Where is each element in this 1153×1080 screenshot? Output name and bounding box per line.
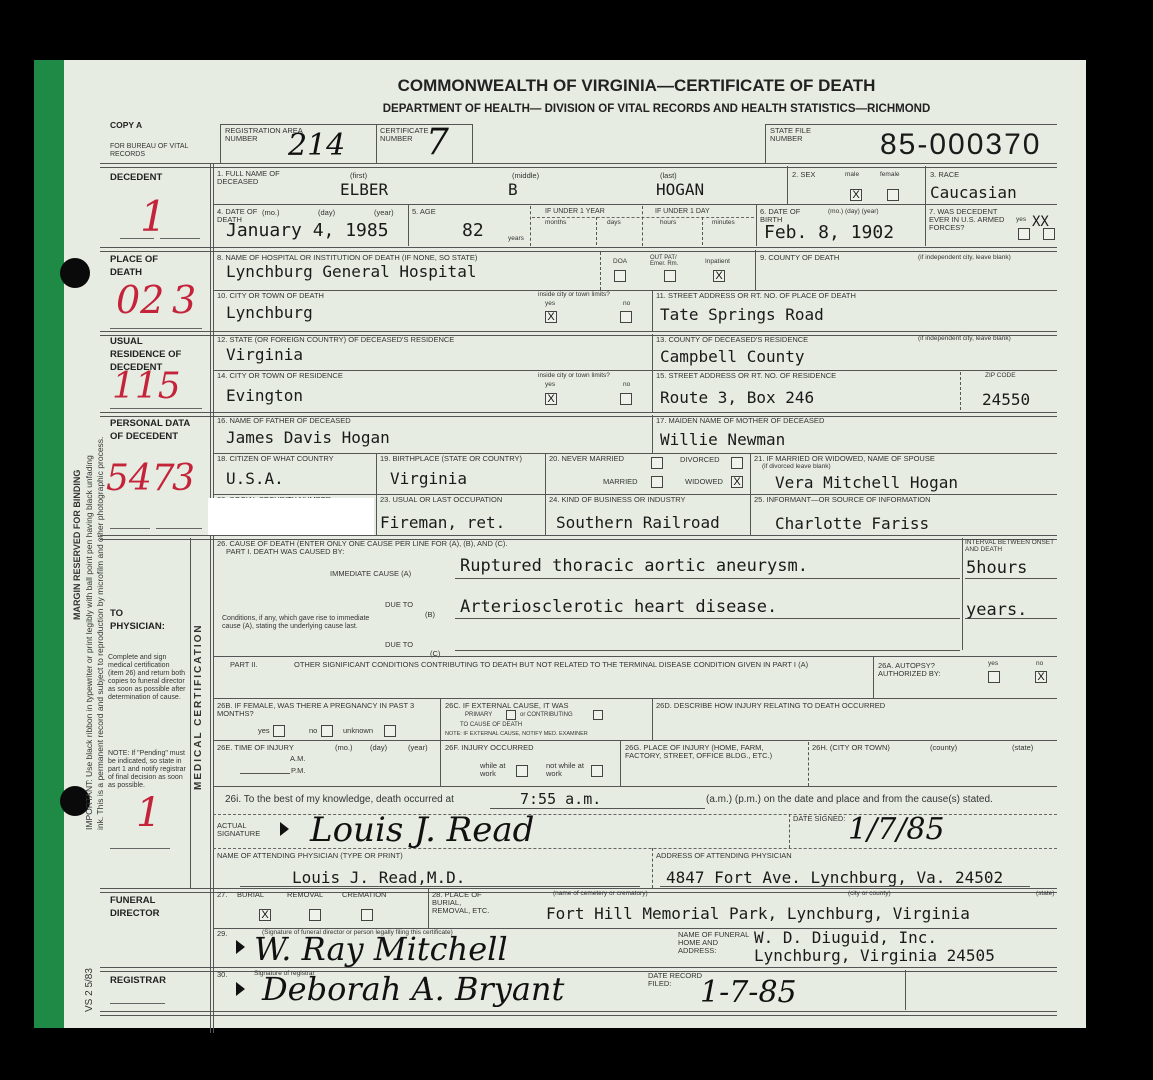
signature-label: ACTUAL SIGNATURE [217, 822, 277, 838]
pregnancy-no-checkbox[interactable] [321, 725, 333, 737]
code-place-a: 02 [116, 278, 164, 322]
under-day-label: IF UNDER 1 DAY [655, 208, 710, 215]
f16-label: 16. NAME OF FATHER OF DECEASED [217, 417, 351, 425]
due-to-b: Arteriosclerotic heart disease. [460, 597, 777, 617]
f26e-label: 26e. TIME OF INJURY [217, 744, 294, 752]
funeral-sign-arrow-icon [236, 940, 245, 954]
autopsy-yes-label: yes [988, 661, 998, 668]
no-label-14: no [623, 382, 630, 389]
date-of-birth: Feb. 8, 1902 [764, 222, 894, 243]
f28-state: (state) [1036, 891, 1054, 898]
f26b-label: 26b. IF FEMALE, WAS THERE A PREGNANCY IN… [217, 702, 427, 718]
f26h-county: (county) [930, 744, 957, 752]
street-residence: Route 3, Box 246 [660, 388, 814, 407]
f28-city: (city or county) [848, 891, 891, 898]
f11-label: 11. STREET ADDRESS OR RT. NO. OF PLACE O… [656, 292, 856, 300]
burial-label: BURIAL [237, 891, 264, 899]
days-label: days [607, 220, 621, 227]
doa-label: DOA [613, 259, 627, 266]
am-label: A.M. [290, 755, 305, 763]
preg-no-label: no [309, 727, 317, 735]
f28-label: 28. PLACE OF BURIAL, REMOVAL, ETC. [432, 891, 490, 915]
not-while-work-label: not while at work [546, 762, 588, 778]
f26d-label: 26d. DESCRIBE HOW INJURY RELATING TO DEA… [656, 702, 885, 710]
county-residence: Campbell County [660, 347, 805, 366]
minutes-label: minutes [712, 220, 735, 227]
code-physician: 1 [136, 790, 161, 836]
physician-address: 4847 Fort Ave. Lynchburg, Va. 24502 [666, 868, 1003, 887]
married-checkbox[interactable] [651, 476, 663, 488]
funeral-home-name: W. D. Diuguid, Inc. [754, 928, 937, 947]
f26g-label: 26g. PLACE OF INJURY (home, farm, factor… [625, 744, 785, 760]
binder-hole-top [60, 258, 90, 288]
not-while-at-work-checkbox[interactable] [591, 765, 603, 777]
b-label: (B) [425, 611, 435, 619]
copy-label: COPY A [110, 120, 142, 131]
primary-label: PRIMARY [465, 712, 492, 718]
section-decedent: DECEDENT [110, 172, 162, 185]
date-filed: 1-7-85 [700, 975, 797, 1010]
certificate-value: 7 [426, 122, 449, 163]
pregnancy-unknown-checkbox[interactable] [384, 725, 396, 737]
inside-limits-label-14: inside city or town limits? [538, 373, 610, 380]
f8-label: 8. NAME OF HOSPITAL OR INSTITUTION OF DE… [217, 254, 477, 262]
date-of-death: January 4, 1985 [226, 220, 389, 241]
f5-label: 5. AGE [412, 208, 436, 216]
female-label: female [880, 172, 900, 179]
part2-label: PART II. [230, 661, 258, 669]
f21-note: (if divorced leave blank) [762, 464, 831, 471]
male-label: male [845, 172, 859, 179]
f1-label: 1. FULL NAME OF DECEASED [217, 170, 307, 186]
document-subtitle: DEPARTMENT OF HEALTH— DIVISION OF VITAL … [80, 103, 1153, 115]
external-note: NOTE: IF EXTERNAL CAUSE, NOTIFY MED. EXA… [445, 731, 588, 737]
burial-checkbox[interactable]: X [259, 909, 271, 921]
preg-yes-label: yes [258, 727, 270, 735]
interval-a: 5hours [966, 558, 1027, 578]
section-personal-data: PERSONAL DATA OF DECEDENT [110, 418, 190, 444]
funeral-home-label: NAME OF FUNERAL HOME AND ADDRESS: [678, 931, 750, 955]
inpatient-checkbox[interactable]: X [713, 270, 725, 282]
f3-label: 3. RACE [930, 171, 959, 179]
section-funeral-director: FUNERAL DIRECTOR [110, 895, 180, 921]
last-sub: (last) [660, 172, 677, 180]
zip-code: 24550 [982, 390, 1030, 409]
city-inside-no-checkbox[interactable] [620, 311, 632, 323]
middle-sub: (middle) [512, 172, 539, 180]
no-label-10: no [623, 301, 630, 308]
margin-binding-text: MARGIN RESERVED FOR BINDING [72, 470, 82, 620]
f18-label: 18. CITIZEN OF WHAT COUNTRY [217, 455, 334, 463]
f19-label: 19. BIRTHPLACE (state or country) [380, 455, 522, 463]
part2-text: OTHER SIGNIFICANT CONDITIONS CONTRIBUTIN… [294, 661, 814, 669]
date-signed-label: DATE SIGNED: [793, 815, 845, 823]
occupation: Fireman, ret. [380, 513, 505, 532]
copy-sub: FOR BUREAU OF VITAL RECORDS [110, 143, 190, 159]
f26i-label: 26i. To the best of my knowledge, death … [225, 795, 454, 806]
f26h-state: (state) [1012, 744, 1033, 752]
physician-name-label: NAME OF ATTENDING PHYSICIAN (Type or Pri… [217, 852, 403, 860]
f20-label: 20. NEVER MARRIED [549, 455, 624, 463]
race: Caucasian [930, 183, 1017, 202]
margin-important-1: IMPORTANT: Use black ribbon in typewrite… [84, 455, 94, 830]
armed-yes-label: yes [1016, 217, 1026, 224]
first-name: ELBER [340, 180, 388, 199]
removal-checkbox[interactable] [309, 909, 321, 921]
section-registrar: REGISTRAR [110, 975, 166, 988]
residence-inside-no-checkbox[interactable] [620, 393, 632, 405]
primary-checkbox[interactable] [506, 710, 516, 720]
armed-forces-yes-checkbox[interactable] [1018, 228, 1030, 240]
cremation-checkbox[interactable] [361, 909, 373, 921]
months-label: months [545, 220, 566, 227]
age-unit: years [508, 236, 524, 243]
code-place-b: 3 [172, 278, 196, 322]
date-signed: 1/7/85 [848, 812, 945, 847]
zip-label: ZIP CODE [985, 373, 1016, 380]
removal-label: REMOVAL [287, 891, 323, 899]
f13-note: (if independent city, leave blank) [918, 336, 1011, 343]
pm-label: P.M. [291, 767, 305, 775]
sex-female-checkbox[interactable] [887, 189, 899, 201]
while-at-work-checkbox[interactable] [516, 765, 528, 777]
f25-label: 25. INFORMANT—OR SOURCE OF INFORMATION [754, 496, 931, 504]
autopsy-no-checkbox[interactable]: X [1035, 671, 1047, 683]
yes-label-10: yes [545, 301, 555, 308]
due-to-b-label: DUE TO [385, 601, 413, 609]
medical-certification-label: MEDICAL CERTIFICATION [193, 623, 204, 790]
immediate-cause-label: IMMEDIATE CAUSE (A) [330, 570, 411, 578]
divorced-checkbox[interactable] [731, 457, 743, 469]
f24-label: 24. KIND OF BUSINESS OR INDUSTRY [549, 496, 686, 504]
f26e-mo: (mo.) [335, 744, 353, 752]
contributing-label: or CONTRIBUTING [520, 712, 573, 718]
cremation-label: CREMATION [342, 891, 386, 899]
autopsy-no-label: no [1036, 661, 1043, 668]
funeral-director-signature: W. Ray Mitchell [254, 930, 508, 968]
part1-label: PART I. DEATH WAS CAUSED BY: [226, 548, 344, 556]
physician-signature: Louis J. Read [310, 810, 534, 850]
hours-label: hours [660, 220, 676, 227]
autopsy-yes-checkbox[interactable] [988, 671, 1000, 683]
state-file-number: 85-000370 [880, 128, 1041, 162]
funeral-home-address: Lynchburg, Virginia 24505 [754, 946, 995, 965]
married-label: MARRIED [603, 478, 638, 486]
physician-address-label: ADDRESS OF ATTENDING PHYSICIAN [656, 852, 792, 860]
residence-inside-yes-checkbox[interactable]: X [545, 393, 557, 405]
contributing-checkbox[interactable] [593, 710, 603, 720]
time-of-death: 7:55 a.m. [520, 790, 601, 808]
pregnancy-yes-checkbox[interactable] [273, 725, 285, 737]
state-residence: Virginia [226, 345, 303, 364]
f2-label: 2. SEX [792, 171, 815, 179]
armed-forces-mark: XX [1032, 214, 1049, 230]
informant: Charlotte Fariss [775, 514, 929, 533]
section-place-of-death: PLACE OF DEATH [110, 254, 190, 280]
physician-name: Louis J. Read,M.D. [292, 868, 465, 887]
code-decedent: 1 [140, 192, 167, 241]
while-work-label: while at work [480, 762, 512, 778]
preg-unknown-label: unknown [343, 727, 373, 735]
yes-label-14: yes [545, 382, 555, 389]
f21-label: 21. IF MARRIED OR WIDOWED, NAME OF SPOUS… [754, 455, 935, 463]
first-sub: (first) [350, 172, 367, 180]
never-married-checkbox[interactable] [651, 457, 663, 469]
code-personal-a: 547 [106, 458, 175, 499]
f4-mo: (mo.) [262, 209, 280, 217]
f27-label: 27. [217, 891, 227, 899]
to-cause-label: TO CAUSE OF DEATH [460, 722, 522, 728]
registrar-signature: Deborah A. Bryant [262, 970, 564, 1008]
f29-label: 29. [217, 930, 227, 938]
date-filed-label: DATE RECORD FILED: [648, 972, 708, 988]
f4-day: (day) [318, 209, 335, 217]
sex-male-checkbox[interactable]: X [850, 189, 862, 201]
doa-checkbox[interactable] [614, 270, 626, 282]
birthplace: Virginia [390, 469, 467, 488]
section-to-physician: TO PHYSICIAN: [110, 608, 180, 634]
autopsy-label: 26a. AUTOPSY? AUTHORIZED BY: [878, 662, 958, 678]
inside-limits-label-10: inside city or town limits? [538, 292, 610, 299]
f14-label: 14. CITY OR TOWN OF RESIDENCE [217, 372, 343, 380]
state-file-label: STATE FILE NUMBER [770, 127, 830, 143]
city-of-death: Lynchburg [226, 303, 313, 322]
f15-label: 15. STREET ADDRESS OR RT. NO. OF RESIDEN… [656, 372, 836, 380]
f4-year: (year) [374, 209, 394, 217]
divorced-label: DIVORCED [680, 456, 720, 464]
document-title: COMMONWEALTH OF VIRGINIA—CERTIFICATE OF … [60, 76, 1153, 96]
binding-stripe [34, 60, 64, 1028]
f10-label: 10. CITY OR TOWN OF DEATH [217, 292, 324, 300]
f26e-year: (year) [408, 744, 428, 752]
code-personal-b: 3 [172, 458, 195, 499]
conditions-note: Conditions, if any, which gave rise to i… [222, 615, 372, 631]
f6-sub: (mo.) (day) (year) [828, 209, 879, 216]
f7-label: 7. WAS DECEDENT EVER IN U.S. ARMED FORCE… [929, 208, 1019, 232]
widowed-checkbox[interactable]: X [731, 476, 743, 488]
f26h-label: 26h. (city or town) [812, 744, 890, 752]
widowed-label: WIDOWED [685, 478, 723, 486]
last-name: HOGAN [656, 180, 704, 199]
spouse-name: Vera Mitchell Hogan [775, 473, 958, 492]
f26f-label: 26f. INJURY OCCURRED [445, 744, 534, 752]
f30-label: 30. [217, 971, 227, 979]
code-residence: 115 [112, 366, 181, 407]
middle-name: B [508, 180, 518, 199]
registration-value: 214 [288, 128, 345, 163]
margin-important-2: ink. This is a permanent record and subj… [95, 437, 105, 830]
registrar-sign-arrow-icon [236, 982, 245, 996]
industry: Southern Railroad [556, 513, 720, 532]
redacted-ssn [208, 498, 374, 536]
signature-arrow-icon [280, 822, 289, 836]
f26e-day: (day) [370, 744, 387, 752]
outpat-label: OUT PAT/ Emer. Rm. [650, 255, 680, 268]
f26c-label: 26c. IF EXTERNAL CAUSE, IT WAS [445, 702, 569, 710]
burial-place: Fort Hill Memorial Park, Lynchburg, Virg… [546, 904, 970, 923]
under-year-label: IF UNDER 1 YEAR [545, 208, 605, 215]
city-inside-yes-checkbox[interactable]: X [545, 311, 557, 323]
interval-label: INTERVAL BETWEEN ONSET AND DEATH [965, 540, 1055, 554]
mother-maiden-name: Willie Newman [660, 430, 785, 449]
outpatient-checkbox[interactable] [664, 270, 676, 282]
father-name: James Davis Hogan [226, 428, 390, 447]
immediate-cause: Ruptured thoracic aortic aneurysm. [460, 556, 808, 576]
physician-instructions: Complete and sign medical certification … [108, 654, 186, 702]
inpatient-label: Inpatient [705, 259, 730, 266]
f13-label: 13. COUNTY OF DECEASED'S RESIDENCE [656, 336, 808, 344]
f23-label: 23. USUAL OR LAST OCCUPATION [380, 496, 502, 504]
citizenship: U.S.A. [226, 469, 284, 488]
form-code: VS 2 5/83 [84, 968, 95, 1012]
f9-note: (if independent city, leave blank) [918, 255, 1011, 262]
hospital: Lynchburg General Hospital [226, 262, 476, 281]
f17-label: 17. MAIDEN NAME OF MOTHER OF DECEASED [656, 417, 824, 425]
f9-label: 9. COUNTY OF DEATH [760, 254, 839, 262]
f28-cemetery: (name of cemetery or crematory) [553, 891, 648, 898]
city-residence: Evington [226, 386, 303, 405]
f26i-suffix: (a.m.) (p.m.) on the date and place and … [706, 795, 993, 806]
f12-label: 12. STATE (OR FOREIGN COUNTRY) OF DECEAS… [217, 336, 454, 344]
interval-b: years. [966, 600, 1027, 620]
pending-note: NOTE: If "Pending" must be indicated, so… [108, 750, 186, 790]
due-to-c-label: DUE TO [385, 641, 413, 649]
street-of-death: Tate Springs Road [660, 305, 824, 324]
age: 82 [462, 220, 484, 241]
